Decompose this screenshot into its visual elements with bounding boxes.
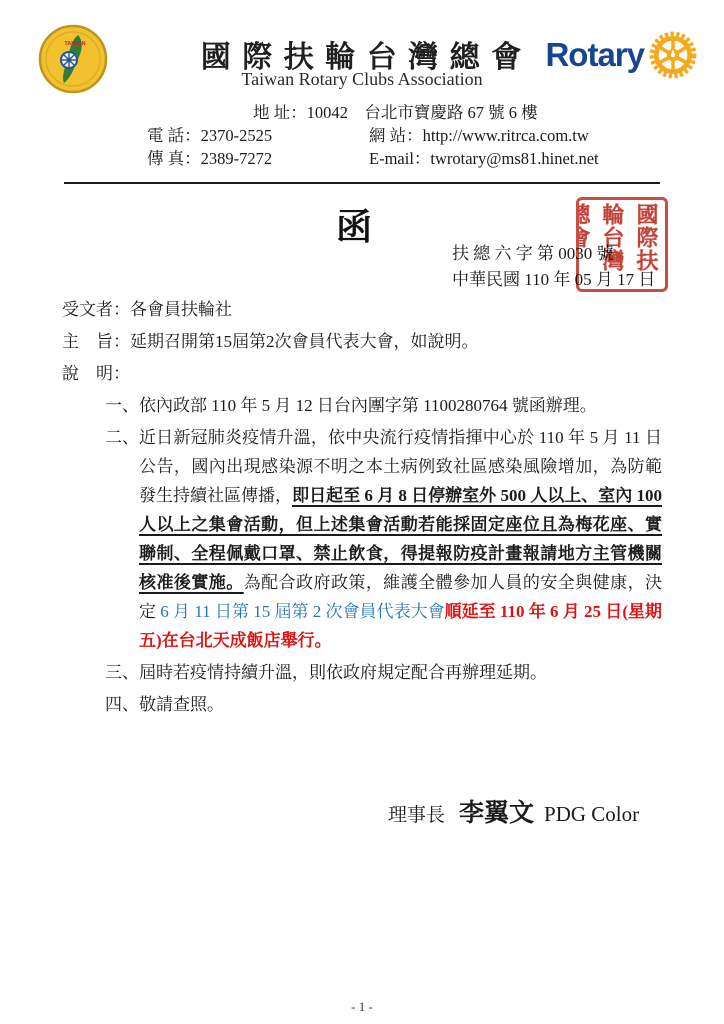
page-number: - 1 - — [0, 999, 724, 1015]
list-item-3: 三、 屆時若疫情持續升溫，則依政府規定配合再辦理延期。 — [105, 658, 662, 687]
official-seal-stamp: 國際扶輪台灣總會 — [576, 197, 668, 292]
list-item-4: 四、 敬請查照。 — [105, 690, 662, 719]
letter-page: TAIWAN 國 際 扶 輪 台 灣 總 會 Taiwan Rotary Clu… — [0, 0, 724, 1024]
list-item-1-text: 依內政部 110 年 5 月 12 日台內團字第 1100280764 號函辦理… — [139, 391, 662, 420]
header-divider — [64, 182, 660, 184]
list-item-1-number: 一、 — [105, 391, 139, 420]
explanation-label: 說 明： — [62, 359, 662, 388]
rotary-wordmark: Rotary — [545, 36, 644, 74]
rotary-wheel-icon — [648, 30, 698, 80]
signature-title: 理事長 — [388, 805, 445, 826]
contact-address: 地 址：10042 台北市寶慶路 67 號 6 樓 — [147, 101, 587, 124]
contact-phone: 電 話：2370-2525 — [147, 124, 369, 147]
letter-body: 受文者：各會員扶輪社 主 旨：延期召開第15屆第2次會員代表大會，如說明。 說 … — [62, 295, 662, 722]
contact-fax: 傳 真：2389-7272 — [147, 147, 369, 170]
seal-text: 國際扶輪台灣總會 — [581, 203, 663, 286]
signature-suffix: PDG Color — [544, 802, 639, 826]
list-item-1: 一、 依內政部 110 年 5 月 12 日台內團字第 1100280764 號… — [105, 391, 662, 420]
list-item-4-text: 敬請查照。 — [139, 690, 662, 719]
contact-block: 地 址：10042 台北市寶慶路 67 號 6 樓 電 話：2370-2525 … — [147, 101, 587, 170]
list-item-3-number: 三、 — [105, 658, 139, 687]
signature-name: 李翼文 — [459, 800, 534, 827]
list-item-2: 二、 近日新冠肺炎疫情升溫，依中央流行疫情指揮中心於 110 年 5 月 11 … — [105, 423, 662, 655]
signature-block: 理事長 李翼文 PDG Color — [388, 793, 639, 829]
explanation-list: 一、 依內政部 110 年 5 月 12 日台內團字第 1100280764 號… — [62, 391, 662, 719]
subject-line: 主 旨：延期召開第15屆第2次會員代表大會，如說明。 — [62, 327, 662, 356]
list-item-2-number: 二、 — [105, 423, 139, 655]
rotary-logo: Rotary — [545, 30, 698, 80]
item2-run-blue: 6 月 11 日第 15 屆第 2 次會員代表大會 — [160, 602, 444, 621]
list-item-4-number: 四、 — [105, 690, 139, 719]
contact-email: E-mail：twrotary@ms81.hinet.net — [369, 147, 599, 170]
contact-website: 網 站：http://www.ritrca.com.tw — [369, 124, 589, 147]
recipient-line: 受文者：各會員扶輪社 — [62, 295, 662, 324]
list-item-3-text: 屆時若疫情持續升溫，則依政府規定配合再辦理延期。 — [139, 658, 662, 687]
